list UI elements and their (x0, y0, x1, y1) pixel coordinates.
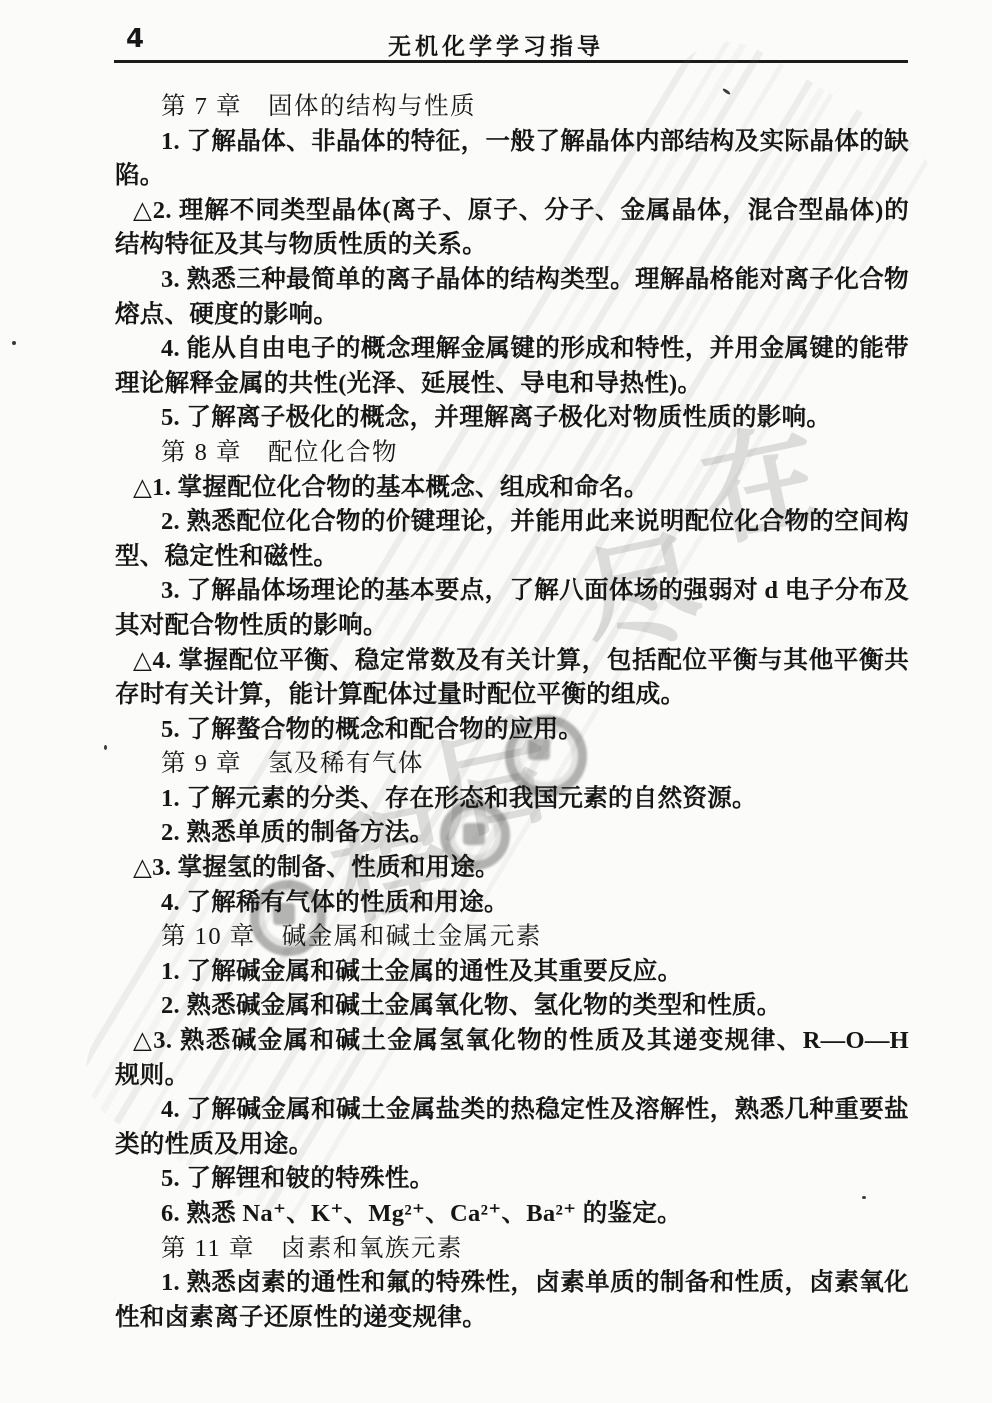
scan-speck (104, 745, 107, 750)
objective-line: 1. 了解元素的分类、存在形态和我国元素的自然资源。 (115, 782, 909, 817)
objective-line: 4. 了解碱金属和碱土金属盐类的热稳定性及溶解性，熟悉几种重要盐类的性质及用途。 (115, 1093, 909, 1162)
objective-line: △2. 理解不同类型晶体(离子、原子、分子、金属晶体，混合型晶体)的结构特征及其… (115, 194, 909, 263)
objective-line: △3. 掌握氢的制备、性质和用途。 (115, 851, 909, 886)
chapter-heading: 第 7 章 固体的结构与性质 (115, 90, 909, 125)
running-header-title: 无机化学学习指导 (0, 28, 992, 61)
objective-line: △3. 熟悉碱金属和碱土金属氢氧化物的性质及其递变规律、R—O—H 规则。 (115, 1024, 909, 1093)
objective-line: △4. 掌握配位平衡、稳定常数及有关计算，包括配位平衡与其他平衡共存时有关计算，… (115, 644, 909, 713)
scanned-book-page: 程后尽在 4 无机化学学习指导 第 7 章 固体的结构与性质1. 了解晶体、非晶… (0, 0, 992, 1403)
objective-line: 2. 熟悉配位化合物的价键理论，并能用此来说明配位化合物的空间构型、稳定性和磁性… (115, 505, 909, 574)
page-body-text: 第 7 章 固体的结构与性质1. 了解晶体、非晶体的特征，一般了解晶体内部结构及… (115, 90, 909, 1335)
objective-line: 2. 熟悉碱金属和碱土金属氧化物、氢化物的类型和性质。 (115, 989, 909, 1024)
objective-line: 2. 熟悉单质的制备方法。 (115, 816, 909, 851)
objective-line: 5. 了解离子极化的概念，并理解离子极化对物质性质的影响。 (115, 401, 909, 436)
objective-line: △1. 掌握配位化合物的基本概念、组成和命名。 (115, 471, 909, 506)
objective-line: 1. 了解碱金属和碱土金属的通性及其重要反应。 (115, 955, 909, 990)
objective-line: 5. 了解螯合物的概念和配合物的应用。 (115, 713, 909, 748)
objective-line: 1. 熟悉卤素的通性和氟的特殊性，卤素单质的制备和性质，卤素氧化性和卤素离子还原… (115, 1266, 909, 1335)
objective-line: 4. 能从自由电子的概念理解金属键的形成和特性，并用金属键的能带理论解释金属的共… (115, 332, 909, 401)
objective-line: 6. 熟悉 Na⁺、K⁺、Mg²⁺、Ca²⁺、Ba²⁺ 的鉴定。 (115, 1197, 909, 1232)
objective-line: 3. 熟悉三种最简单的离子晶体的结构类型。理解晶格能对离子化合物熔点、硬度的影响… (115, 263, 909, 332)
objective-line: 5. 了解锂和铍的特殊性。 (115, 1162, 909, 1197)
chapter-heading: 第 8 章 配位化合物 (115, 436, 909, 471)
objective-line: 3. 了解晶体场理论的基本要点，了解八面体场的强弱对 d 电子分布及其对配合物性… (115, 574, 909, 643)
chapter-heading: 第 11 章 卤素和氧族元素 (115, 1232, 909, 1267)
scan-speck (862, 1196, 866, 1199)
scan-speck (12, 341, 16, 345)
header-divider-rule (114, 60, 908, 63)
chapter-heading: 第 10 章 碱金属和碱土金属元素 (115, 920, 909, 955)
objective-line: 4. 了解稀有气体的性质和用途。 (115, 886, 909, 921)
chapter-heading: 第 9 章 氢及稀有气体 (115, 747, 909, 782)
objective-line: 1. 了解晶体、非晶体的特征，一般了解晶体内部结构及实际晶体的缺陷。 (115, 125, 909, 194)
